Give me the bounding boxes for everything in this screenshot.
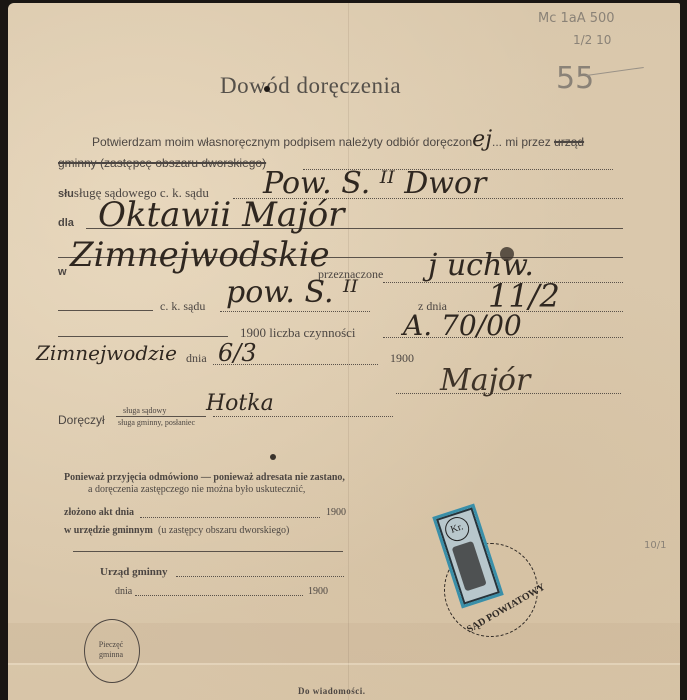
recipient-signature: Majór [440, 363, 530, 398]
pencil-stroke [586, 67, 644, 76]
struck-text-2: gminny (zastępcę obszaru dworskiego) [58, 156, 266, 170]
archive-mark-1: Mc 1aA 500 [538, 11, 615, 26]
refusal-line-1: Ponieważ przyjęcia odmówiono — ponieważ … [64, 472, 345, 483]
day-label: dnia [186, 351, 207, 366]
in-value: Zimnejwodskie [70, 235, 330, 275]
act-number: A. 70/00 [403, 309, 522, 342]
struck-text-1: urząd [554, 135, 584, 149]
deposited-year: 1900 [326, 507, 346, 518]
ink-dot [270, 454, 276, 460]
archive-mark-2: 1/2 10 [573, 33, 611, 47]
municipal-day-label: dnia [115, 586, 132, 597]
document-title: Dowód doręczenia [220, 73, 401, 99]
delivered-signature: Hotka [206, 391, 274, 416]
delivered-option-top: sługa sądowy [123, 406, 166, 415]
delivered-fraction-line [116, 416, 206, 417]
court-label: c. k. sądu [160, 299, 205, 314]
office-label-paren: (u zastępcy obszaru dworskiego) [158, 525, 289, 536]
confirmation-text: Potwierdzam moim własnoręcznym podpisem … [92, 127, 584, 152]
municipal-label: Urząd gminny [100, 566, 168, 578]
year-suffix: 1900 [390, 351, 414, 366]
archive-side-note: 10/1 [644, 540, 666, 551]
year-label: 1900 liczba czynności [240, 325, 356, 341]
refusal-line-2: a doręczenia zastępczego nie można było … [88, 484, 305, 495]
seal-text-1: Pieczęć [95, 640, 127, 649]
stamp-cancel-ink [452, 541, 487, 592]
place-value: Zimnejwodzie [36, 341, 177, 365]
deposited-line [140, 517, 320, 518]
day-value: 6/3 [218, 339, 257, 367]
stamp-denomination: Kr. [442, 514, 472, 544]
delivered-label: Doręczył [58, 413, 105, 427]
office-line [73, 551, 343, 552]
court-value: pow. S. ᴵᴵ [226, 275, 358, 310]
footer-text: Do wiadomości. [298, 686, 366, 696]
delivered-line [213, 416, 393, 417]
in-label: w [58, 266, 67, 278]
document-paper: Mc 1aA 500 1/2 10 55 10/1 Dowód doręczen… [8, 3, 680, 700]
municipal-year: 1900 [308, 586, 328, 597]
fold-line-vertical [348, 3, 349, 700]
archive-number: 55 [556, 61, 594, 96]
seal-text-2: gminna [95, 650, 127, 659]
municipal-day-line [135, 595, 303, 596]
handwritten-suffix: ej [472, 127, 492, 152]
for-value: Oktawii Majór [98, 195, 344, 235]
court-line-left [58, 310, 153, 311]
court-line [220, 311, 370, 312]
ink-stain [500, 247, 514, 261]
for-label: dla [58, 217, 74, 229]
delivered-option-bottom: sługa gminny, posłaniec [118, 418, 195, 427]
municipal-line [176, 576, 344, 577]
year-line-left [58, 336, 228, 337]
deposited-label: złożono akt dnia [64, 507, 134, 518]
ink-blot [264, 86, 270, 92]
